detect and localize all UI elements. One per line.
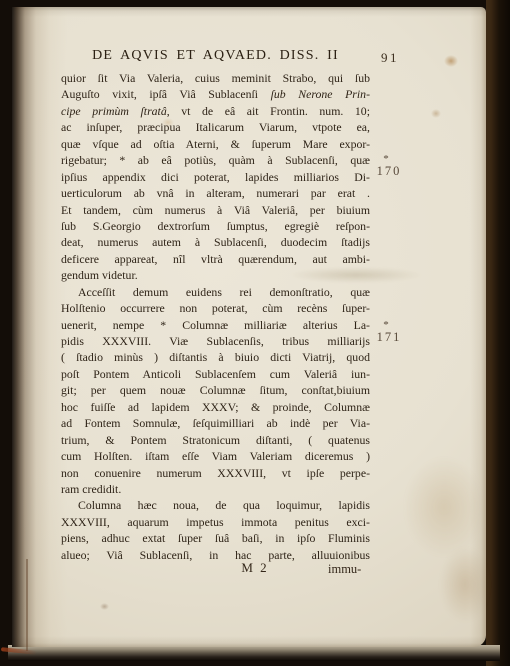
paper-stain xyxy=(431,109,441,118)
text-line: piens, adhuc extat ſuper ſuâ baſi, in ip… xyxy=(61,530,370,546)
text-segment: uerticulorum ab vnâ in alteram, numerari… xyxy=(61,186,370,200)
text-segment: , vt de eâ ait Frontin. num. 10; xyxy=(167,104,370,118)
italic-text-segment: ſub Nerone Prin- xyxy=(271,87,370,101)
paper-stain xyxy=(444,55,458,67)
text-segment: ram credidit. xyxy=(61,482,121,496)
text-segment: quæ vſque ad oſtia Aterni, & ſuperum Mar… xyxy=(61,137,370,151)
text-line: Et tandem, cùm numerus à Viâ Valeriâ, pe… xyxy=(61,202,370,218)
text-line: deficere appareat, nîl vltrà quærendum, … xyxy=(61,251,370,267)
text-segment: Columna hæc noua, de qua loquimur, lapid… xyxy=(78,498,370,512)
text-line: ſub S.Georgio dextrorſum ſumptus, egregi… xyxy=(61,218,370,234)
asterisk-icon: * xyxy=(371,154,407,164)
text-line: gendum videtur. xyxy=(61,267,370,283)
text-segment: uenerit, nempe * Columnæ milliariæ alter… xyxy=(61,318,370,332)
text-segment: Auguſto vixit, ipſâ Viâ Sublacenſi xyxy=(61,87,271,101)
text-line: XXXVIII, aquarum impetus immota penitus … xyxy=(61,514,370,530)
text-line: git; per quem nouæ Columnæ ſitum, conſta… xyxy=(61,382,370,398)
text-segment: non conuenire numerum XXXVIII, vt ipſe p… xyxy=(61,466,370,480)
page-stack-edge xyxy=(8,645,500,661)
text-line: ( ſtadio minùs ) diſtantis à biuio dicti… xyxy=(61,349,370,365)
text-segment: piens, adhuc extat ſuper ſuâ baſi, in ip… xyxy=(61,531,370,545)
text-segment: cum Holſten. iſtam eſſe Viam Valeriam di… xyxy=(61,449,370,463)
text-segment: deficere appareat, nîl vltrà quærendum, … xyxy=(61,252,370,266)
text-line: cipe primùm ſtratâ, vt de eâ ait Frontin… xyxy=(61,103,370,119)
text-segment: ( ſtadio minùs ) diſtantis à biuio dicti… xyxy=(61,350,370,364)
text-segment: pidis XXXVIII. Viæ Sublacenſis, tribus m… xyxy=(61,334,370,348)
text-line: cum Holſten. iſtam eſſe Viam Valeriam di… xyxy=(61,448,370,464)
margin-number: 170 xyxy=(371,164,407,179)
text-segment: ac inſuper, præcipua Italicarum Viarum, … xyxy=(61,120,370,134)
text-segment: deat, numerus autem à Sublacenſi, duodec… xyxy=(61,235,370,249)
text-line: alueo; Viâ Sublacenſi, in hac parte, all… xyxy=(61,547,370,563)
margin-note-171: * 171 xyxy=(371,320,407,345)
text-line: hoc fuiſſe ad lapidem XXXV; & proinde, C… xyxy=(61,399,370,415)
text-segment: ad Fontem Somnulæ, ſeſquimilliari ab ind… xyxy=(61,416,370,430)
text-segment: ſub S.Georgio dextrorſum ſumptus, egregi… xyxy=(61,219,370,233)
text-line: Auguſto vixit, ipſâ Viâ Sublacenſi ſub N… xyxy=(61,86,370,102)
text-line: Acceſſit demum euidens rei demonſtratio,… xyxy=(61,284,370,300)
text-line: Holſtenio occurrere non poterat, cùm rec… xyxy=(61,300,370,316)
text-segment: poſt Pontem Anticoli Sublacenſem cum Val… xyxy=(61,367,370,381)
margin-note-170: * 170 xyxy=(371,154,407,179)
text-line: pidis XXXVIII. Viæ Sublacenſis, tribus m… xyxy=(61,333,370,349)
text-segment: alueo; Viâ Sublacenſi, in hac parte, all… xyxy=(61,548,370,562)
paper-crease xyxy=(26,559,28,651)
text-line: ac inſuper, præcipua Italicarum Viarum, … xyxy=(61,119,370,135)
book-edge-shadow xyxy=(486,0,510,666)
text-line: uerticulorum ab vnâ in alteram, numerari… xyxy=(61,185,370,201)
text-line: non conuenire numerum XXXVIII, vt ipſe p… xyxy=(61,465,370,481)
paper-stain xyxy=(440,547,490,622)
italic-text-segment: cipe primùm ſtratâ xyxy=(61,104,167,118)
text-segment: Et tandem, cùm numerus à Viâ Valeriâ, pe… xyxy=(61,203,370,217)
text-segment: git; per quem nouæ Columnæ ſitum, conſta… xyxy=(61,383,370,397)
text-line: uenerit, nempe * Columnæ milliariæ alter… xyxy=(61,317,370,333)
text-segment: ipſius appendix dici poterat, lapides mi… xyxy=(61,170,370,184)
page-number: 91 xyxy=(374,50,406,66)
text-segment: quior ſit Via Valeria, cuius meminit Str… xyxy=(61,71,370,85)
text-line: poſt Pontem Anticoli Sublacenſem cum Val… xyxy=(61,366,370,382)
text-segment: XXXVIII, aquarum impetus immota penitus … xyxy=(61,515,370,529)
text-line: Columna hæc noua, de qua loquimur, lapid… xyxy=(61,497,370,513)
asterisk-icon: * xyxy=(371,320,407,330)
text-line: quior ſit Via Valeria, cuius meminit Str… xyxy=(61,70,370,86)
text-segment: trium, & Pontem Stratonicum diſtanti, ( … xyxy=(61,433,370,447)
paper-stain xyxy=(100,603,109,610)
text-segment: gendum videtur. xyxy=(61,268,138,282)
book-page-photo: DE AQVIS ET AQVAED. DISS. II 91 quior ſi… xyxy=(0,0,510,666)
text-line: deat, numerus autem à Sublacenſi, duodec… xyxy=(61,234,370,250)
text-segment: Acceſſit demum euidens rei demonſtratio,… xyxy=(78,285,370,299)
text-line: quæ vſque ad oſtia Aterni, & ſuperum Mar… xyxy=(61,136,370,152)
text-line: trium, & Pontem Stratonicum diſtanti, ( … xyxy=(61,432,370,448)
text-line: ipſius appendix dici poterat, lapides mi… xyxy=(61,169,370,185)
body-text: quior ſit Via Valeria, cuius meminit Str… xyxy=(61,70,370,563)
margin-number: 171 xyxy=(371,330,407,345)
paper-stain xyxy=(404,457,484,557)
text-line: ad Fontem Somnulæ, ſeſquimilliari ab ind… xyxy=(61,415,370,431)
text-segment: rigebatur; * ab eâ potiùs, quàm à Sublac… xyxy=(61,153,370,167)
running-head: DE AQVIS ET AQVAED. DISS. II xyxy=(61,48,370,64)
signature-mark: M 2 xyxy=(231,560,279,576)
text-segment: hoc fuiſſe ad lapidem XXXV; & proinde, C… xyxy=(61,400,370,414)
text-line: ram credidit. xyxy=(61,481,370,497)
text-line: rigebatur; * ab eâ potiùs, quàm à Sublac… xyxy=(61,152,370,168)
text-segment: Holſtenio occurrere non poterat, cùm rec… xyxy=(61,301,370,315)
catchword: immu- xyxy=(328,562,361,577)
